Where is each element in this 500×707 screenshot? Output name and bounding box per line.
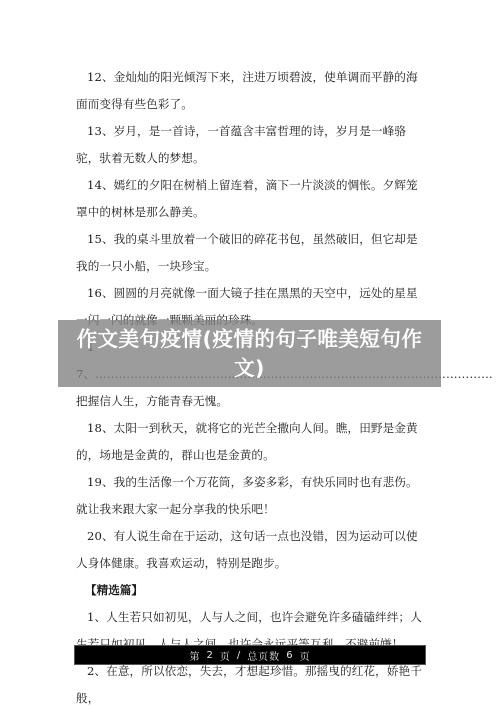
document-page: 12、金灿灿的阳光倾泻下来，注进万顷碧波，使单调而平静的海面而变得有些色彩了。 … bbox=[0, 0, 500, 707]
page-indicator-bar: 第 2 页 / 总页数 6 页 bbox=[74, 645, 426, 665]
current-page-number: 2 bbox=[206, 650, 213, 661]
page-unit: 页 bbox=[220, 648, 231, 663]
paragraph-18: 18、太阳一到秋天，就将它的光芒全撒向人间。瞧，田野是金黄的，场地是金黄的，群山… bbox=[76, 415, 428, 469]
section-header: 【精选篇】 bbox=[76, 577, 428, 604]
paragraph-12: 12、金灿灿的阳光倾泻下来，注进万顷碧波，使单调而平静的海面而变得有些色彩了。 bbox=[76, 64, 428, 118]
page-prefix: 第 bbox=[189, 648, 200, 663]
paragraph-20: 20、有人说生命在于运动，这句话一点也没错，因为运动可以使人身体健康。我喜欢运动… bbox=[76, 523, 428, 577]
paragraph-15: 15、我的桌斗里放着一个破旧的碎花书包，虽然破旧，但它却是我的一只小船，一块珍宝… bbox=[76, 226, 428, 280]
total-pages-label: 总页数 bbox=[247, 648, 280, 663]
paragraph-14: 14、嫣红的夕阳在树梢上留连着，滴下一片淡淡的惆怅。夕辉笼罩中的树林是那么静美。 bbox=[76, 172, 428, 226]
paragraph-19: 19、我的生活像一个万花筒，多姿多彩，有快乐同时也有悲伤。就让我来跟大家一起分享… bbox=[76, 469, 428, 523]
page-separator: / bbox=[237, 650, 241, 661]
total-pages-unit: 页 bbox=[300, 648, 311, 663]
section-paragraph-2: 2、在意，所以依恋，失去，才想起珍惜。那摇曳的红花，娇艳千般， bbox=[76, 658, 428, 707]
banner-title: 作文美句疫情(疫情的句子唯美短句作文) bbox=[58, 325, 441, 383]
paragraph-13: 13、岁月，是一首诗，一首蕴含丰富哲理的诗，岁月是一峰骆驼，驮着无数人的梦想。 bbox=[76, 118, 428, 172]
title-banner-overlay: 作文美句疫情(疫情的句子唯美短句作文) bbox=[58, 320, 441, 387]
total-pages-number: 6 bbox=[286, 650, 293, 661]
